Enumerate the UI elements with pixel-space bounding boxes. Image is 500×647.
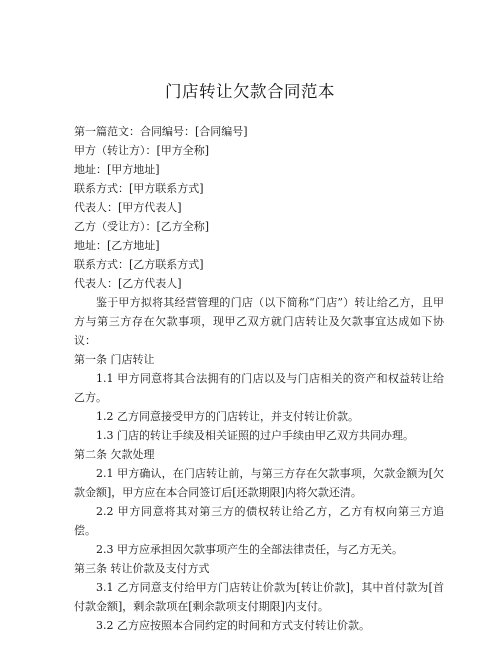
- clause-3-2: 3.2 乙方应按照本合同约定的时间和方式支付转让价款。: [74, 616, 444, 635]
- party-a-name-line: 甲方（转让方）：[甲方全称]: [74, 141, 444, 160]
- document-title: 门店转让欠款合同范本: [0, 78, 500, 102]
- document-body: 第一篇范文：合同编号：[合同编号] 甲方（转让方）：[甲方全称] 地址：[甲方地…: [74, 122, 444, 635]
- preamble-paragraph: 鉴于甲方拟将其经营管理的门店（以下简称“门店”）转让给乙方，且甲方与第三方存在欠…: [74, 293, 444, 350]
- party-b-representative-line: 代表人：[乙方代表人]: [74, 274, 444, 293]
- party-b-name-line: 乙方（受让方）：[乙方全称]: [74, 217, 444, 236]
- article-3-heading: 第三条 转让价款及支付方式: [74, 559, 444, 578]
- clause-3-1: 3.1 乙方同意支付给甲方门店转让价款为[转让价款]，其中首付款为[首付款金额]…: [74, 578, 444, 616]
- clause-1-2: 1.2 乙方同意接受甲方的门店转让，并支付转让价款。: [74, 407, 444, 426]
- party-a-address-line: 地址：[甲方地址]: [74, 160, 444, 179]
- party-b-address-line: 地址：[乙方地址]: [74, 236, 444, 255]
- party-a-contact-line: 联系方式：[甲方联系方式]: [74, 179, 444, 198]
- clause-1-1: 1.1 甲方同意将其合法拥有的门店以及与门店相关的资产和权益转让给乙方。: [74, 369, 444, 407]
- party-a-representative-line: 代表人：[甲方代表人]: [74, 198, 444, 217]
- article-2-heading: 第二条 欠款处理: [74, 445, 444, 464]
- clause-1-3: 1.3 门店的转让手续及相关证照的过户手续由甲乙双方共同办理。: [74, 426, 444, 445]
- contract-number-line: 第一篇范文：合同编号：[合同编号]: [74, 122, 444, 141]
- clause-2-3: 2.3 甲方应承担因欠款事项产生的全部法律责任，与乙方无关。: [74, 540, 444, 559]
- clause-2-2: 2.2 甲方同意将其对第三方的债权转让给乙方，乙方有权向第三方追偿。: [74, 502, 444, 540]
- party-b-contact-line: 联系方式：[乙方联系方式]: [74, 255, 444, 274]
- article-1-heading: 第一条 门店转让: [74, 350, 444, 369]
- clause-2-1: 2.1 甲方确认，在门店转让前，与第三方存在欠款事项，欠款金额为[欠款金额]，甲…: [74, 464, 444, 502]
